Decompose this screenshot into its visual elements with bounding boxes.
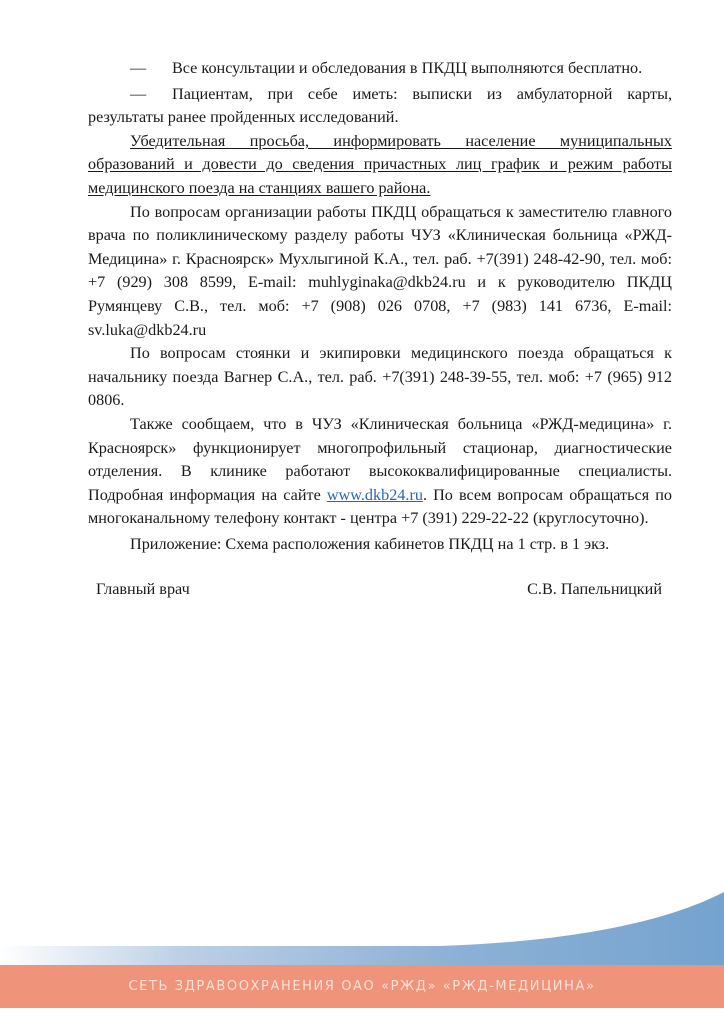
request-paragraph: Убедительная просьба, информировать насе… <box>88 130 672 201</box>
bullet-text: Пациентам, при себе иметь: выписки из ам… <box>88 85 672 127</box>
document-page: —Все консультации и обследования в ПКДЦ … <box>0 0 724 1024</box>
attachment-paragraph: Приложение: Схема расположения кабинетов… <box>88 533 672 557</box>
organization-contacts-paragraph: По вопросам организации работы ПКДЦ обра… <box>88 201 672 343</box>
clinic-info-paragraph: Также сообщаем, что в ЧУЗ «Клиническая б… <box>88 413 672 531</box>
bullet-item: —Пациентам, при себе иметь: выписки из а… <box>88 83 672 130</box>
train-contacts-paragraph: По вопросам стоянки и экипировки медицин… <box>88 342 672 413</box>
footer-banner: СЕТЬ ЗДРАВООХРАНЕНИЯ ОАО «РЖД» «РЖД-МЕДИ… <box>0 965 724 1008</box>
footer-wave-decoration <box>0 880 724 970</box>
footer-text: СЕТЬ ЗДРАВООХРАНЕНИЯ ОАО «РЖД» «РЖД-МЕДИ… <box>128 979 595 994</box>
letter-body: —Все консультации и обследования в ПКДЦ … <box>88 57 672 556</box>
dash-marker: — <box>130 83 172 107</box>
signature-position: Главный врач <box>96 580 190 599</box>
dash-marker: — <box>130 57 172 81</box>
website-link[interactable]: www.dkb24.ru <box>327 486 423 504</box>
bullet-text: Все консультации и обследования в ПКДЦ в… <box>172 59 642 77</box>
bullet-item: —Все консультации и обследования в ПКДЦ … <box>88 57 672 81</box>
signature-name: С.В. Папельницкий <box>527 580 662 599</box>
